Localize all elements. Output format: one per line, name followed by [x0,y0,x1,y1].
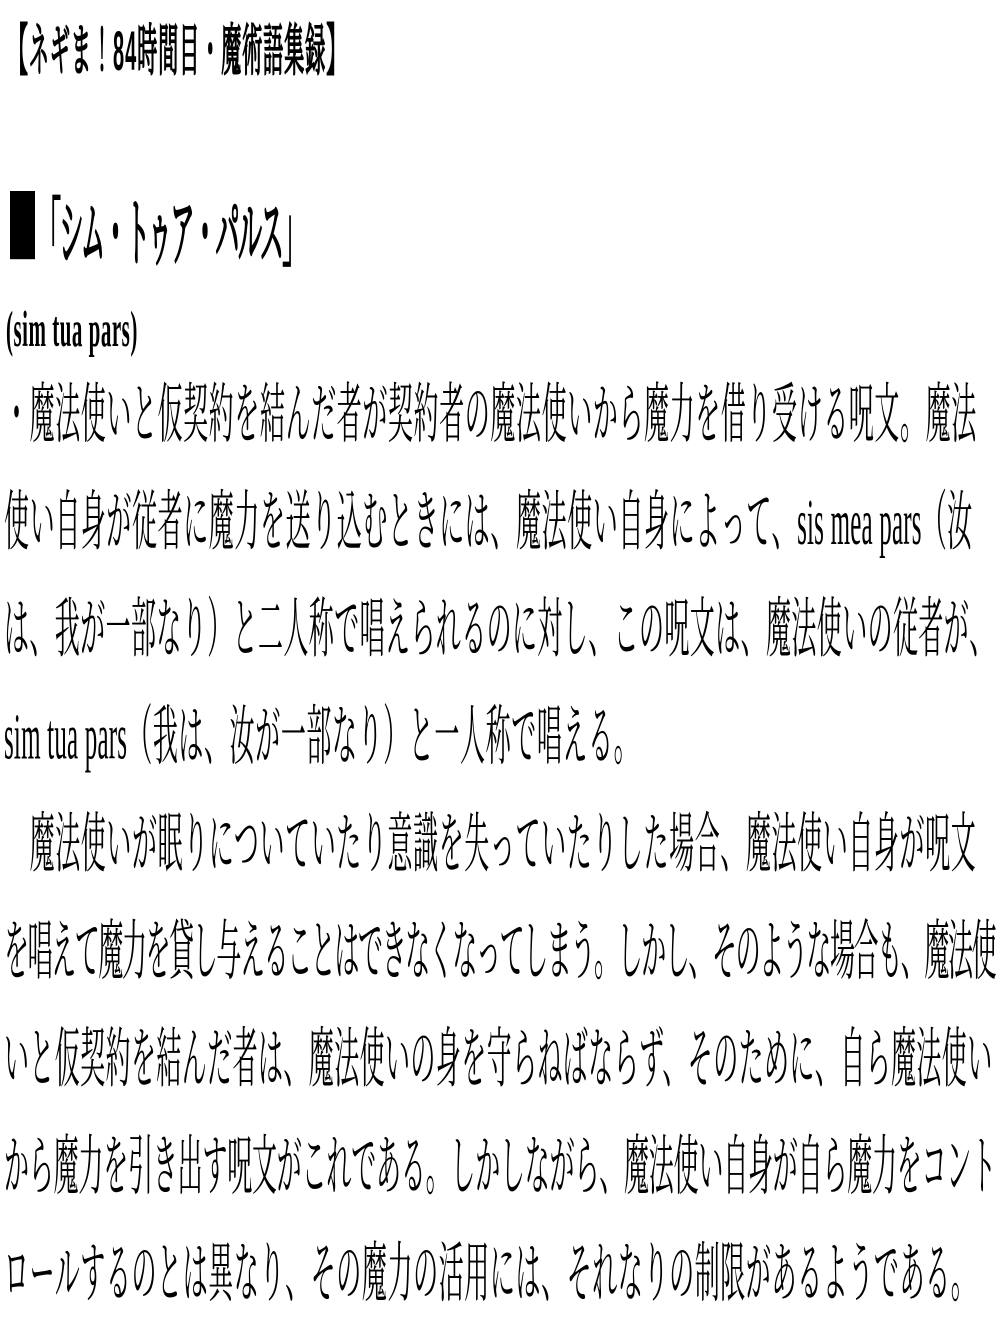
text-segment: （汝 [922,486,973,559]
black-square-icon [10,191,35,259]
entry-body: ・魔法使いと仮契約を結んだ者が契約者の魔法使いから魔力を借り受ける呪文。魔法 使… [4,363,996,1328]
entry-heading-text: 「シム・トゥア・パルス」 [37,194,305,278]
text-segment: 魔法使いが眠りについていたり意識を失っていたりした場合、魔法使い自身が呪文 [4,808,976,881]
text-line: から魔力を引き出す呪文がこれである。しかしながら、魔法使い自身が自ら魔力をコント [4,1115,996,1222]
text-line: は、我が一部なり）と二人称で唱えられるのに対し、この呪文は、魔法使いの従者が、 [4,578,996,685]
text-line: 魔法使いが眠りについていたり意識を失っていたりした場合、魔法使い自身が呪文 [4,793,996,900]
text-segment: は、我が一部なり）と二人称で唱えられるのに対し、この呪文は、魔法使いの従者が、 [4,594,995,667]
text-segment: から魔力を引き出す呪文がこれである。しかしながら、魔法使い自身が自ら魔力をコント [4,1131,996,1204]
text-segment: ・魔法使いと仮契約を結んだ者が契約者の魔法使いから魔力を借り受ける呪文。魔法 [4,379,977,452]
text-line: を唱えて魔力を貸し与えることはできなくなってしまう。しかし、そのような場合も、魔… [4,900,996,1007]
page-title: 【ネギま！84時間目・魔術語集録】 [8,25,347,81]
text-line: ロールするのとは異なり、その魔力の活用には、それなりの制限があるようである。 [4,1222,996,1328]
latin-segment: sis mea pars [797,489,922,560]
entry-heading: 「シム・トゥア・パルス」 [10,191,305,275]
latin-segment: sim tua pars [4,704,127,775]
text-segment: 使い自身が従者に魔力を送り込むときには、魔法使い自身によって、 [4,486,797,559]
text-line: sim tua pars（我は、汝が一部なり）と一人称で唱える。 [4,685,996,792]
text-segment: を唱えて魔力を貸し与えることはできなくなってしまう。しかし、そのような場合も、魔… [4,916,995,989]
entry-romanization: (sim tua pars) [6,305,138,355]
text-line: ・魔法使いと仮契約を結んだ者が契約者の魔法使いから魔力を借り受ける呪文。魔法 [4,363,996,470]
text-segment: ロールするのとは異なり、その魔力の活用には、それなりの制限があるようである。 [4,1238,976,1311]
scanned-document-page: 【ネギま！84時間目・魔術語集録】 「シム・トゥア・パルス」 (sim tua … [0,0,999,1328]
text-segment: いと仮契約を結んだ者は、魔法使いの身を守らねばならず、そのために、自ら魔法使い [4,1023,993,1096]
text-line: いと仮契約を結んだ者は、魔法使いの身を守らねばならず、そのために、自ら魔法使い [4,1008,996,1115]
text-line: 使い自身が従者に魔力を送り込むときには、魔法使い自身によって、sis mea p… [4,470,996,577]
text-segment: （我は、汝が一部なり）と一人称で唱える。 [127,701,639,774]
